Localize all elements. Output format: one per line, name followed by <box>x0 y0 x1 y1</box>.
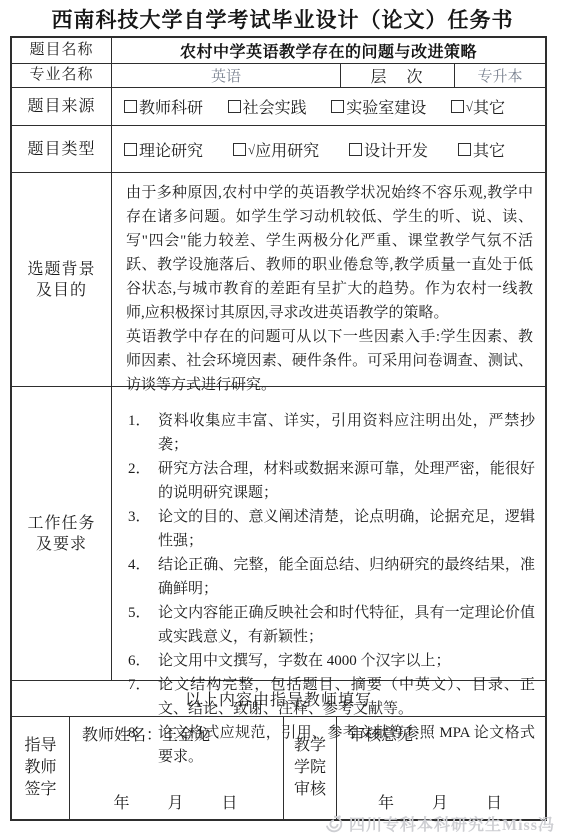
document-title: 西南科技大学自学考试毕业设计（论文）任务书 <box>0 4 565 34</box>
row-note: 以上内容由指导教师填写 <box>12 681 545 717</box>
topic-type-label: 题目类型 <box>12 126 112 172</box>
task-number: 4． <box>128 553 158 601</box>
task-text: 论文内容能正确反映社会和时代特征，具有一定理论价值或实践意义，有新颖性； <box>158 601 535 649</box>
advisor-label-line: 指导 <box>24 735 56 757</box>
checkbox-option-design-dev: 设计开发 <box>349 138 428 161</box>
review-opinion-label: 审核意见： <box>337 722 545 745</box>
topic-type-options: 理论研究 √应用研究 设计开发 其它 <box>112 126 545 172</box>
advisor-label-line: 教师 <box>24 757 56 779</box>
major-label: 专业名称 <box>12 64 112 87</box>
background-text: 由于多种原因,农村中学的英语教学状况始终不容乐观,教学中存在诸多问题。如学生学习… <box>112 173 545 386</box>
checkbox-icon <box>451 100 464 113</box>
option-label: 实验室建设 <box>346 95 426 118</box>
task-item: 6．论文用中文撰写，字数在 4000 个汉字以上； <box>128 649 535 673</box>
task-number: 5． <box>128 601 158 649</box>
topic-source-options: 教师科研 社会实践 实验室建设 √其它 <box>112 88 545 125</box>
checkbox-icon <box>331 100 344 113</box>
option-label: 其它 <box>473 138 505 161</box>
checkbox-option-theoretical: 理论研究 <box>124 138 203 161</box>
row-background: 选题背景 及目的 由于多种原因,农村中学的英语教学状况始终不容乐观,教学中存在诸… <box>12 173 545 387</box>
option-label: 其它 <box>473 95 505 118</box>
background-paragraph: 由于多种原因,农村中学的英语教学状况始终不容乐观,教学中存在诸多问题。如学生学习… <box>126 181 533 325</box>
major-value: 英语 <box>112 64 341 87</box>
task-number: 1． <box>128 409 158 457</box>
task-text: 论文用中文撰写，字数在 4000 个汉字以上； <box>158 649 535 673</box>
row-tasks: 工作任务 及要求 1．资料收集应丰富、详实，引用资料应注明出处，严禁抄袭； 2．… <box>12 387 545 681</box>
checkbox-option-social-practice: 社会实践 <box>228 95 307 118</box>
checkbox-icon <box>233 143 246 156</box>
background-label: 选题背景 及目的 <box>12 173 112 386</box>
task-item: 2．研究方法合理，材料或数据来源可靠，处理严密，能很好的说明研究课题； <box>128 457 535 505</box>
checkbox-icon <box>124 143 137 156</box>
task-item: 5．论文内容能正确反映社会和时代特征，具有一定理论价值或实践意义，有新颖性； <box>128 601 535 649</box>
checkbox-icon <box>349 143 362 156</box>
checkbox-option-source-other: √其它 <box>451 95 505 118</box>
tasks-label-line1: 工作任务 <box>27 513 95 534</box>
teacher-name-line: 教师姓名：王金龙 <box>70 722 283 745</box>
level-value: 专升本 <box>455 64 545 87</box>
checkbox-option-lab-construction: 实验室建设 <box>331 95 426 118</box>
form-table: 题目名称 农村中学英语教学存在的问题与改进策略 专业名称 英语 层 次 专升本 … <box>10 36 547 821</box>
checkbox-option-teacher-research: 教师科研 <box>124 95 203 118</box>
row-signatures: 指导 教师 签字 教师姓名：王金龙 年 月 日 教学 学院 审核 审核意见： 年… <box>12 717 545 819</box>
level-label: 层 次 <box>341 64 455 87</box>
checkbox-icon <box>228 100 241 113</box>
review-opinion-cell: 审核意见： 年 月 日 <box>337 717 545 819</box>
watermark-text: 四川专科本科研究生Miss冯 <box>349 812 555 835</box>
task-number: 2． <box>128 457 158 505</box>
background-label-line1: 选题背景 <box>27 259 95 280</box>
advisor-signature-cell: 教师姓名：王金龙 年 月 日 <box>70 717 284 819</box>
teacher-name-value: 王金龙 <box>162 727 210 744</box>
background-label-line2: 及目的 <box>36 280 87 301</box>
task-number: 6． <box>128 649 158 673</box>
task-number: 3． <box>128 505 158 553</box>
date-line: 年 月 日 <box>70 790 283 813</box>
topic-source-label: 题目来源 <box>12 88 112 125</box>
note-text: 以上内容由指导教师填写 <box>12 681 545 716</box>
task-text: 论文的目的、意义阐述清楚，论点明确，论据充足，逻辑性强； <box>158 505 535 553</box>
checkbox-icon <box>458 143 471 156</box>
task-text: 结论正确、完整，能全面总结、归纳研究的最终结果，准确鲜明； <box>158 553 535 601</box>
check-mark: √ <box>248 143 255 156</box>
task-text: 研究方法合理，材料或数据来源可靠，处理严密，能很好的说明研究课题； <box>158 457 535 505</box>
tasks-list: 1．资料收集应丰富、详实，引用资料应注明出处，严禁抄袭； 2．研究方法合理，材料… <box>112 387 545 680</box>
teacher-name-label: 教师姓名： <box>82 727 162 744</box>
task-text: 资料收集应丰富、详实，引用资料应注明出处，严禁抄袭； <box>158 409 535 457</box>
document-page: 西南科技大学自学考试毕业设计（论文）任务书 题目名称 农村中学英语教学存在的问题… <box>0 0 565 840</box>
option-label: 教师科研 <box>139 95 203 118</box>
tasks-label: 工作任务 及要求 <box>12 387 112 680</box>
watermark-swirl-icon <box>323 813 345 835</box>
task-item: 1．资料收集应丰富、详实，引用资料应注明出处，严禁抄袭； <box>128 409 535 457</box>
row-major: 专业名称 英语 层 次 专升本 <box>12 64 545 88</box>
college-label-line: 学院 <box>294 757 326 779</box>
date-line: 年 月 日 <box>337 790 545 813</box>
checkbox-icon <box>124 100 137 113</box>
option-label: 应用研究 <box>255 138 319 161</box>
college-label-line: 教学 <box>294 735 326 757</box>
row-topic-name: 题目名称 农村中学英语教学存在的问题与改进策略 <box>12 38 545 64</box>
option-label: 社会实践 <box>243 95 307 118</box>
option-label: 设计开发 <box>364 138 428 161</box>
topic-name-value: 农村中学英语教学存在的问题与改进策略 <box>112 38 545 63</box>
checkbox-option-type-other: 其它 <box>458 138 505 161</box>
task-item: 3．论文的目的、意义阐述清楚，论点明确，论据充足，逻辑性强； <box>128 505 535 553</box>
college-label-line: 审核 <box>294 779 326 801</box>
advisor-label-line: 签字 <box>24 779 56 801</box>
row-topic-source: 题目来源 教师科研 社会实践 实验室建设 √其它 <box>12 88 545 126</box>
row-topic-type: 题目类型 理论研究 √应用研究 设计开发 其它 <box>12 126 545 173</box>
watermark: 四川专科本科研究生Miss冯 <box>0 812 555 835</box>
topic-name-label: 题目名称 <box>12 38 112 63</box>
task-item: 4．结论正确、完整，能全面总结、归纳研究的最终结果，准确鲜明； <box>128 553 535 601</box>
check-mark: √ <box>466 100 473 113</box>
option-label: 理论研究 <box>139 138 203 161</box>
tasks-label-line2: 及要求 <box>36 534 87 555</box>
advisor-signature-label: 指导 教师 签字 <box>12 717 70 819</box>
checkbox-option-applied: √应用研究 <box>233 138 319 161</box>
college-review-label: 教学 学院 审核 <box>284 717 337 819</box>
